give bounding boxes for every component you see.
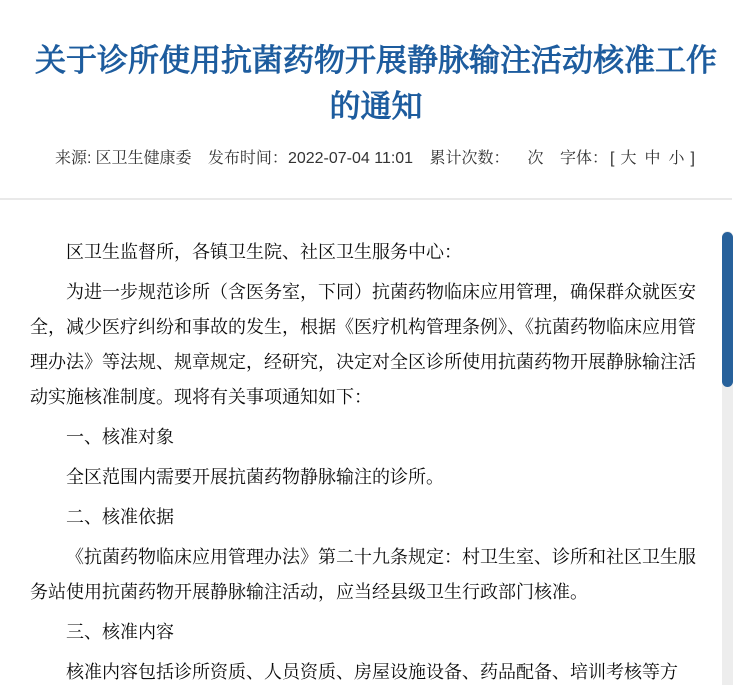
- bracket-open: [: [610, 150, 614, 167]
- section-heading: 二、核准依据: [30, 500, 710, 535]
- notice-page: 关于诊所使用抗菌药物开展静脉输注活动核准工作的通知 来源:区卫生健康委 发布时间…: [0, 0, 752, 685]
- meta-publish-label: 发布时间：: [208, 150, 288, 167]
- meta-bar: 来源:区卫生健康委 发布时间：2022-07-04 11:01 累计次数：次 字…: [0, 148, 752, 170]
- section-heading: 一、核准对象: [30, 420, 710, 455]
- meta-source: 来源:区卫生健康委: [55, 150, 191, 167]
- divider: [0, 198, 732, 200]
- meta-view-count: 累计次数：次: [430, 150, 544, 167]
- meta-font-switcher: 字体：[大中小]: [560, 150, 697, 167]
- bracket-close: ]: [691, 150, 695, 167]
- paragraph: 全区范围内需要开展抗菌药物静脉输注的诊所。: [30, 460, 710, 495]
- meta-source-label: 来源:: [55, 150, 91, 167]
- scrollbar-track[interactable]: [722, 231, 733, 685]
- paragraph: 核准内容包括诊所资质、人员资质、房屋设施设备、药品配备、培训考核等方: [30, 655, 710, 685]
- font-size-medium-link[interactable]: 中: [645, 150, 661, 167]
- paragraph: 为进一步规范诊所（含医务室，下同）抗菌药物临床应用管理，确保群众就医安全，减少医…: [30, 275, 710, 415]
- paragraph: 《抗菌药物临床应用管理办法》第二十九条规定：村卫生室、诊所和社区卫生服务站使用抗…: [30, 540, 710, 610]
- section-heading: 三、核准内容: [30, 615, 710, 650]
- font-size-large-link[interactable]: 大: [620, 150, 636, 167]
- page-title: 关于诊所使用抗菌药物开展静脉输注活动核准工作的通知: [34, 0, 718, 130]
- meta-publish-value: 2022-07-04 11:01: [288, 150, 413, 167]
- article-content: 区卫生监督所，各镇卫生院、社区卫生服务中心：为进一步规范诊所（含医务室，下同）抗…: [0, 229, 752, 685]
- meta-count-label: 累计次数：: [430, 150, 510, 167]
- meta-publish-time: 发布时间：2022-07-04 11:01: [208, 150, 413, 167]
- font-size-small-link[interactable]: 小: [669, 150, 685, 167]
- paragraph: 区卫生监督所，各镇卫生院、社区卫生服务中心：: [30, 235, 710, 270]
- scrollbar-thumb[interactable]: [722, 232, 733, 387]
- meta-source-value: 区卫生健康委: [95, 150, 191, 167]
- meta-count-unit: 次: [528, 150, 544, 167]
- font-switcher-label: 字体：: [560, 150, 608, 167]
